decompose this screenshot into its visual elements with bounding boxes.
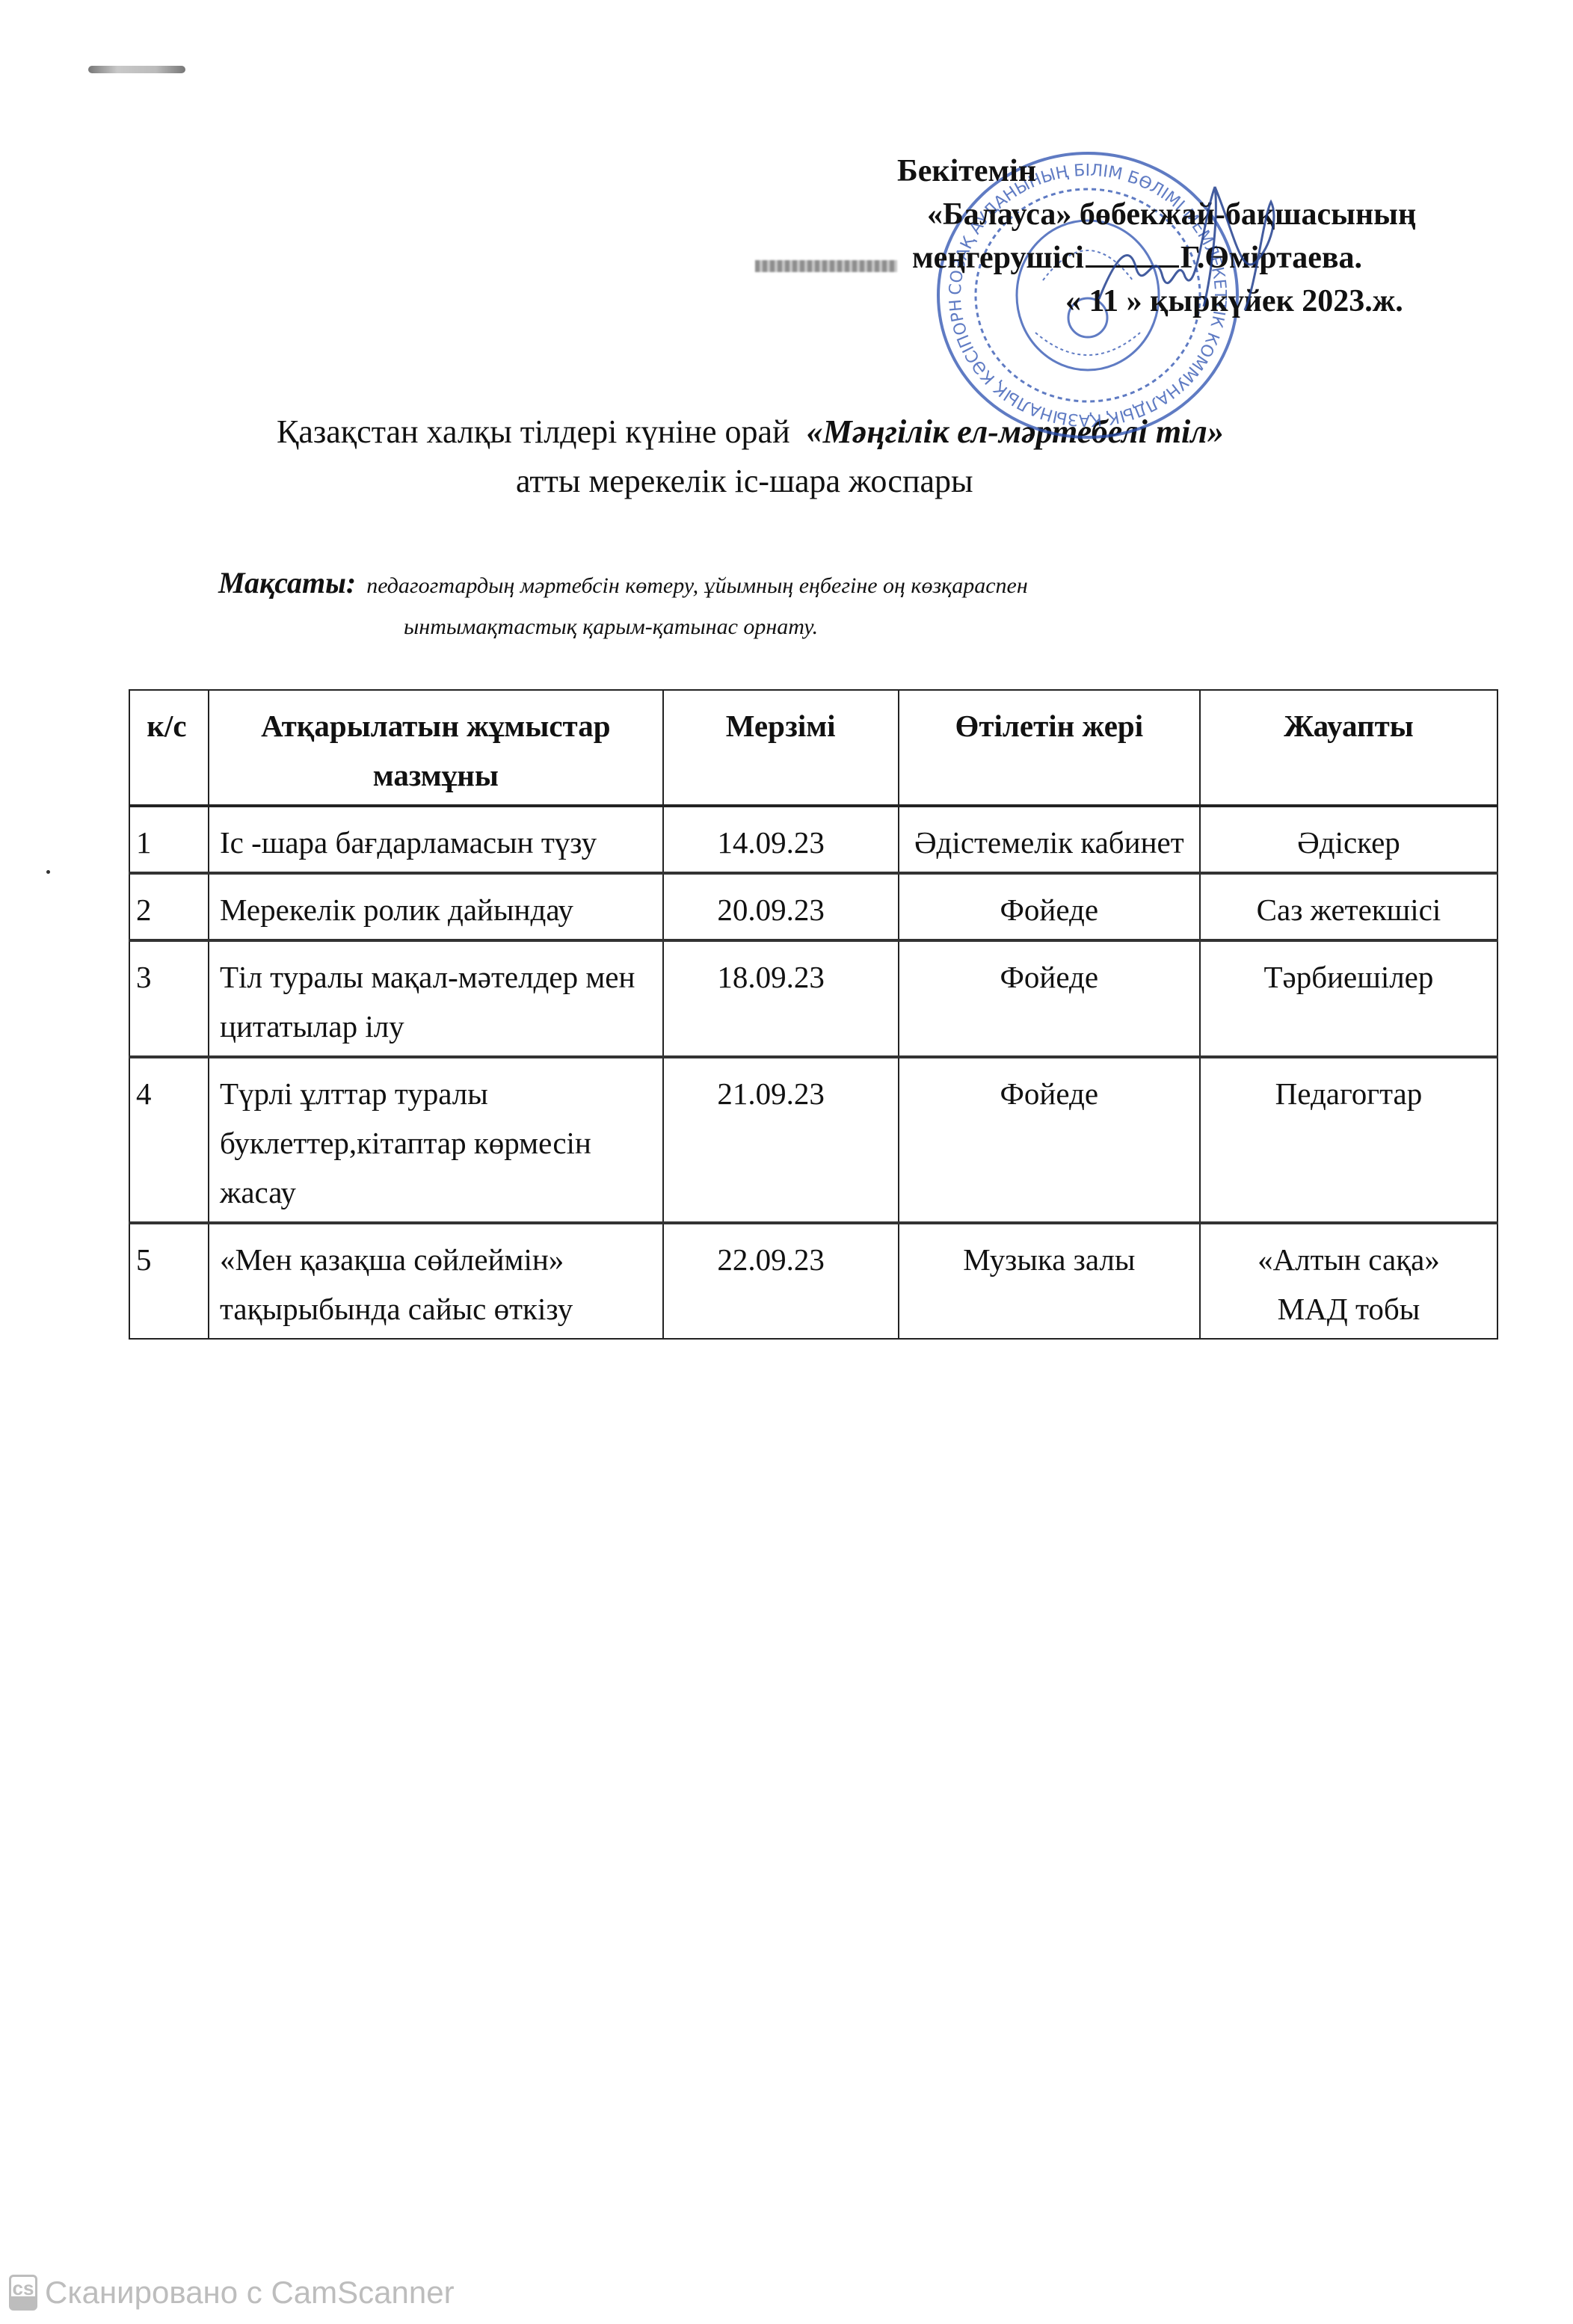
row-num: 5	[129, 1223, 209, 1339]
scan-artifact-mark	[88, 66, 185, 73]
goal-text-line1: педагогтардың мәртебсін көтеру, ұйымның …	[366, 573, 1028, 598]
row-date: 21.09.23	[663, 1057, 899, 1223]
header-date: Мерзімі	[663, 690, 899, 806]
row-date: 14.09.23	[663, 806, 899, 873]
row-task: Тіл туралы мақал-мәтелдер мен цитатылар …	[209, 940, 663, 1057]
table-header-row: к/с Атқарылатын жұмыстар мазмұны Мерзімі…	[129, 690, 1497, 806]
row-place: Музыка залы	[899, 1223, 1200, 1339]
row-responsible: Әдіскер	[1200, 806, 1497, 873]
row-task: Мерекелік ролик дайындау	[209, 873, 663, 940]
row-date: 18.09.23	[663, 940, 899, 1057]
approval-position: меңгерушісі	[912, 241, 1084, 275]
scan-dot	[46, 870, 50, 874]
row-num: 3	[129, 940, 209, 1057]
row-responsible: «Алтын сақа» МАД тобы	[1200, 1223, 1497, 1339]
table-row: 3 Тіл туралы мақал-мәтелдер мен цитатыла…	[129, 940, 1497, 1057]
row-responsible: Педагогтар	[1200, 1057, 1497, 1223]
row-date: 20.09.23	[663, 873, 899, 940]
signature-icon	[1084, 172, 1293, 321]
row-place: Фойеде	[899, 873, 1200, 940]
event-plan-table: к/с Атқарылатын жұмыстар мазмұны Мерзімі…	[129, 689, 1498, 1340]
row-num: 1	[129, 806, 209, 873]
header-responsible: Жауапты	[1200, 690, 1497, 806]
row-place: Фойеде	[899, 940, 1200, 1057]
camscanner-logo-icon: cs	[9, 2275, 37, 2311]
header-task: Атқарылатын жұмыстар мазмұны	[209, 690, 663, 806]
table-row: 5 «Мен қазақша сөйлеймін» тақырыбында са…	[129, 1223, 1497, 1339]
row-responsible: Тәрбиешілер	[1200, 940, 1497, 1057]
row-date: 22.09.23	[663, 1223, 899, 1339]
header-num: к/с	[129, 690, 209, 806]
document-title-line2: атты мерекелік іс-шара жоспары	[516, 462, 973, 500]
table-row: 1 Іс -шара бағдарламасын түзу 14.09.23 Ә…	[129, 806, 1497, 873]
row-num: 2	[129, 873, 209, 940]
goal-label: Мақсаты:	[218, 566, 356, 600]
row-task: «Мен қазақша сөйлеймін» тақырыбында сайы…	[209, 1223, 663, 1339]
goal-text-line2: ынтымақтастық қарым-қатынас орнату.	[218, 606, 1028, 647]
row-responsible: Саз жетекшісі	[1200, 873, 1497, 940]
row-place: Фойеде	[899, 1057, 1200, 1223]
table-row: 4 Түрлі ұлттар туралы буклеттер,кітаптар…	[129, 1057, 1497, 1223]
row-num: 4	[129, 1057, 209, 1223]
row-place: Әдістемелік кабинет	[899, 806, 1200, 873]
title-prefix: Қазақстан халқы тілдері күніне орай	[277, 413, 790, 450]
row-task: Іс -шара бағдарламасын түзу	[209, 806, 663, 873]
row-task: Түрлі ұлттар туралы буклеттер,кітаптар к…	[209, 1057, 663, 1223]
header-place: Өтілетін жері	[899, 690, 1200, 806]
watermark-text: Сканировано с CamScanner	[45, 2275, 455, 2311]
scan-smudge	[755, 260, 897, 272]
camscanner-watermark: cs Сканировано с CamScanner	[9, 2275, 455, 2311]
goal-section: Мақсаты:педагогтардың мәртебсін көтеру, …	[218, 562, 1028, 647]
table-row: 2 Мерекелік ролик дайындау 20.09.23 Фойе…	[129, 873, 1497, 940]
